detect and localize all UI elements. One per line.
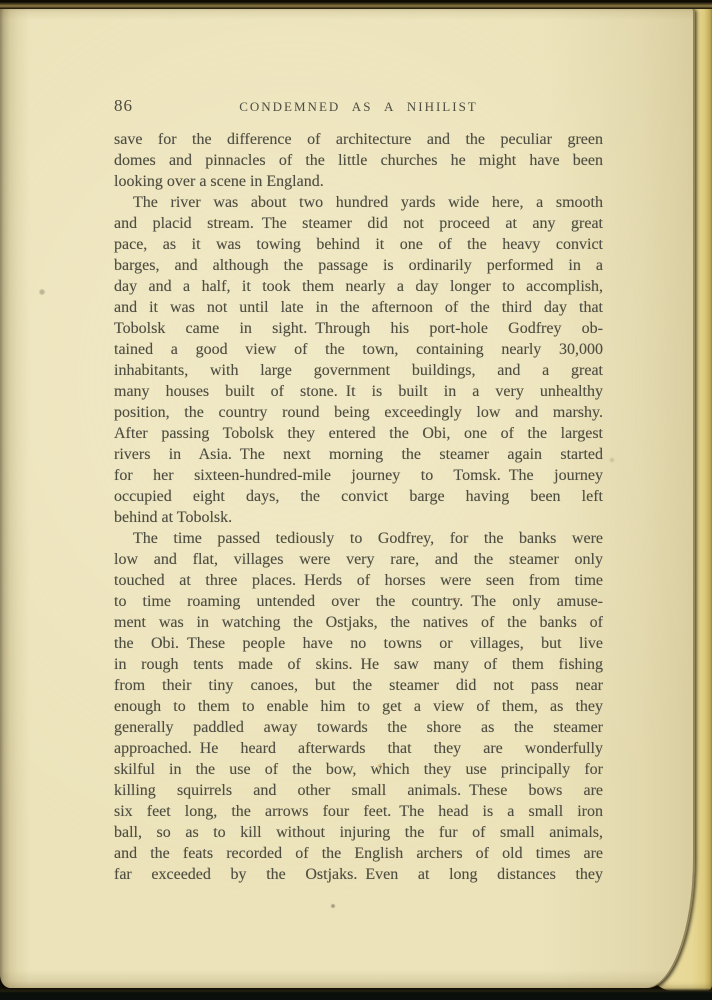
text-line: and it was not until late in the afterno… [114,297,603,318]
text-line: occupied eight days, the convict barge h… [114,486,603,507]
text-line: generally paddled away towards the shore… [114,717,603,738]
book-page-scan: 86 CONDEMNED AS A NIHILIST save for the … [0,0,712,1000]
text-line: pace, as it was towing behind it one of … [114,234,603,255]
running-title: CONDEMNED AS A NIHILIST [114,99,603,115]
text-line: touched at three places. Herds of horses… [114,570,603,591]
paragraph: The time passed tediously to Godfrey, fo… [114,528,603,885]
text-line: many houses built of stone. It is built … [114,381,603,402]
text-line: The river was about two hundred yards wi… [114,192,603,213]
text-line: ment was in watching the Ostjaks, the na… [114,612,603,633]
text-line: tained a good view of the town, containi… [114,339,603,360]
text-line: After passing Tobolsk they entered the O… [114,423,603,444]
paragraph: The river was about two hundred yards wi… [114,192,603,528]
text-line: from their tiny canoes, but the steamer … [114,675,603,696]
text-line: ball, so as to kill without injuring the… [114,822,603,843]
text-line: to time roaming untended over the countr… [114,591,603,612]
text-line: inhabitants, with large government build… [114,360,603,381]
running-head: 86 CONDEMNED AS A NIHILIST [114,96,603,116]
text-line: The time passed tediously to Godfrey, fo… [114,528,603,549]
text-line: behind at Tobolsk. [114,507,603,528]
text-line: day and a half, it took them nearly a da… [114,276,603,297]
text-line: and placid stream. The steamer did not p… [114,213,603,234]
text-line: enough to them to enable him to get a vi… [114,696,603,717]
text-line: domes and pinnacles of the little church… [114,150,603,171]
text-line: low and flat, villages were very rare, a… [114,549,603,570]
text-line: rivers in Asia. The next morning the ste… [114,444,603,465]
body-text: save for the difference of architecture … [114,129,603,885]
paragraph: save for the difference of architecture … [114,129,603,192]
page-surface: 86 CONDEMNED AS A NIHILIST save for the … [0,8,695,988]
text-line: looking over a scene in England. [114,171,603,192]
text-line: save for the difference of architecture … [114,129,603,150]
text-line: far exceeded by the Ostjaks. Even at lon… [114,864,603,885]
text-line: position, the country round being exceed… [114,402,603,423]
text-line: approached. He heard afterwards that the… [114,738,603,759]
text-line: Tobolsk came in sight. Through his port-… [114,318,603,339]
text-line: in rough tents made of skins. He saw man… [114,654,603,675]
text-line: for her sixteen-hundred-mile journey to … [114,465,603,486]
text-line: skilful in the use of the bow, which the… [114,759,603,780]
text-line: the Obi. These people have no towns or v… [114,633,603,654]
text-line: six feet long, the arrows four feet. The… [114,801,603,822]
text-line: killing squirrels and other small animal… [114,780,603,801]
text-line: and the feats recorded of the English ar… [114,843,603,864]
text-line: barges, and although the passage is ordi… [114,255,603,276]
scan-bottom-border [0,988,712,1000]
scan-top-border [0,0,712,9]
